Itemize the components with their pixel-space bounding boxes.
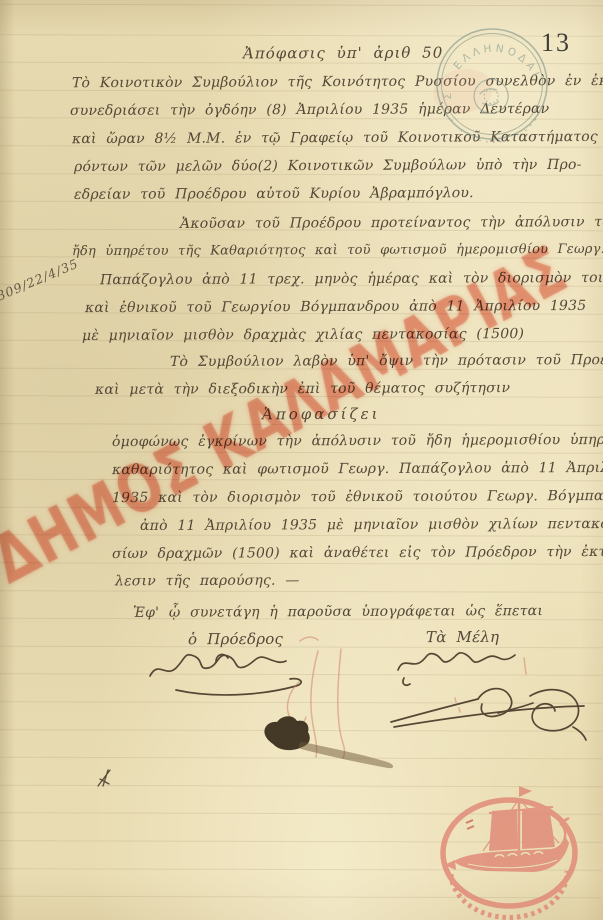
body-line: συνεδριάσει τὴν ὀγδόην (8) Ἀπριλίου 1935…: [70, 101, 549, 119]
body-line: Τὸ Κοινοτικὸν Συμβούλιον τῆς Κοινότητος …: [72, 73, 603, 92]
scanned-document-page: 13 309/22/4/35 Ἀπόφασις ὑπ' ἀριθ 50 Τὸ Κ…: [0, 0, 603, 920]
body-line: Ἀκοῦσαν τοῦ Προέδρου προτείναντος τὴν ἀπ…: [180, 214, 603, 232]
decision-title: Ἀπόφασις ὑπ' ἀριθ 50: [243, 44, 443, 63]
page-number: 13: [541, 28, 571, 58]
decision-line: ἀπὸ 11 Ἀπριλίου 1935 μὲ μηνιαῖον μισθὸν …: [140, 516, 603, 534]
decision-line: ὁμοφώνως ἐγκρίνων τὴν ἀπόλυσιν τοῦ ἤδη ἡ…: [112, 432, 603, 450]
decision-heading: Ἀποφασίζει: [262, 405, 381, 424]
decision-line: καθαριότητος καὶ φωτισμοῦ Γεωργ. Παπάζογ…: [112, 460, 603, 478]
body-line: καὶ ἐθνικοῦ τοῦ Γεωργίου Βόγμπανδρου ἀπὸ…: [85, 298, 586, 316]
red-pencil-marks: [288, 637, 526, 758]
pen-scratch: [98, 770, 110, 786]
members-label: Τὰ Μέλη: [426, 628, 499, 646]
body-line: καὶ μετὰ τὴν διεξοδικὴν ἐπὶ τοῦ θέματος …: [95, 380, 510, 398]
closing-line: Ἐφ' ᾧ συνετάγη ἡ παροῦσα ὑπογράφεται ὡς …: [133, 603, 543, 621]
president-label: ὁ Πρόεδρος: [188, 630, 283, 648]
ink-blot: [264, 716, 393, 768]
ship-stamp: [443, 786, 575, 917]
president-signature: [150, 655, 301, 695]
svg-text:Σ · ΕΛΛΗΝΟΔΑΙ: Σ · ΕΛΛΗΝΟΔΑΙ: [434, 34, 544, 101]
body-line: εδρείαν τοῦ Προέδρου αὐτοῦ Κυρίου Ἀβραμπ…: [74, 185, 474, 203]
body-line: Τὸ Συμβούλιον λαβὸν ὑπ' ὄψιν τὴν πρότασι…: [170, 352, 603, 370]
body-line: Παπάζογλου ἀπὸ 11 τρεχ. μηνὸς ἡμέρας καὶ…: [100, 270, 603, 288]
decision-line: σίων δραχμῶν (1500) καὶ ἀναθέτει εἰς τὸν…: [112, 544, 603, 562]
decision-line: λεσιν τῆς παρούσης. —: [115, 573, 300, 590]
member-signatures: [391, 653, 586, 740]
decision-line: 1935 καὶ τὸν διορισμὸν τοῦ ἐθνικοῦ τοιού…: [112, 488, 603, 506]
body-line: ἤδη ὑπηρέτου τῆς Καθαριότητος καὶ τοῦ φω…: [72, 242, 603, 259]
margin-note: 309/22/4/35: [0, 256, 81, 304]
body-line: ρόντων τῶν μελῶν δύο(2) Κοινοτικῶν Συμβο…: [74, 157, 582, 175]
body-line: καὶ ὥραν 8½ Μ.Μ. ἐν τῷ Γραφείῳ τοῦ Κοινο…: [72, 129, 603, 147]
body-line: μὲ μηνιαῖον μισθὸν δραχμὰς χιλίας πεντακ…: [82, 326, 524, 344]
